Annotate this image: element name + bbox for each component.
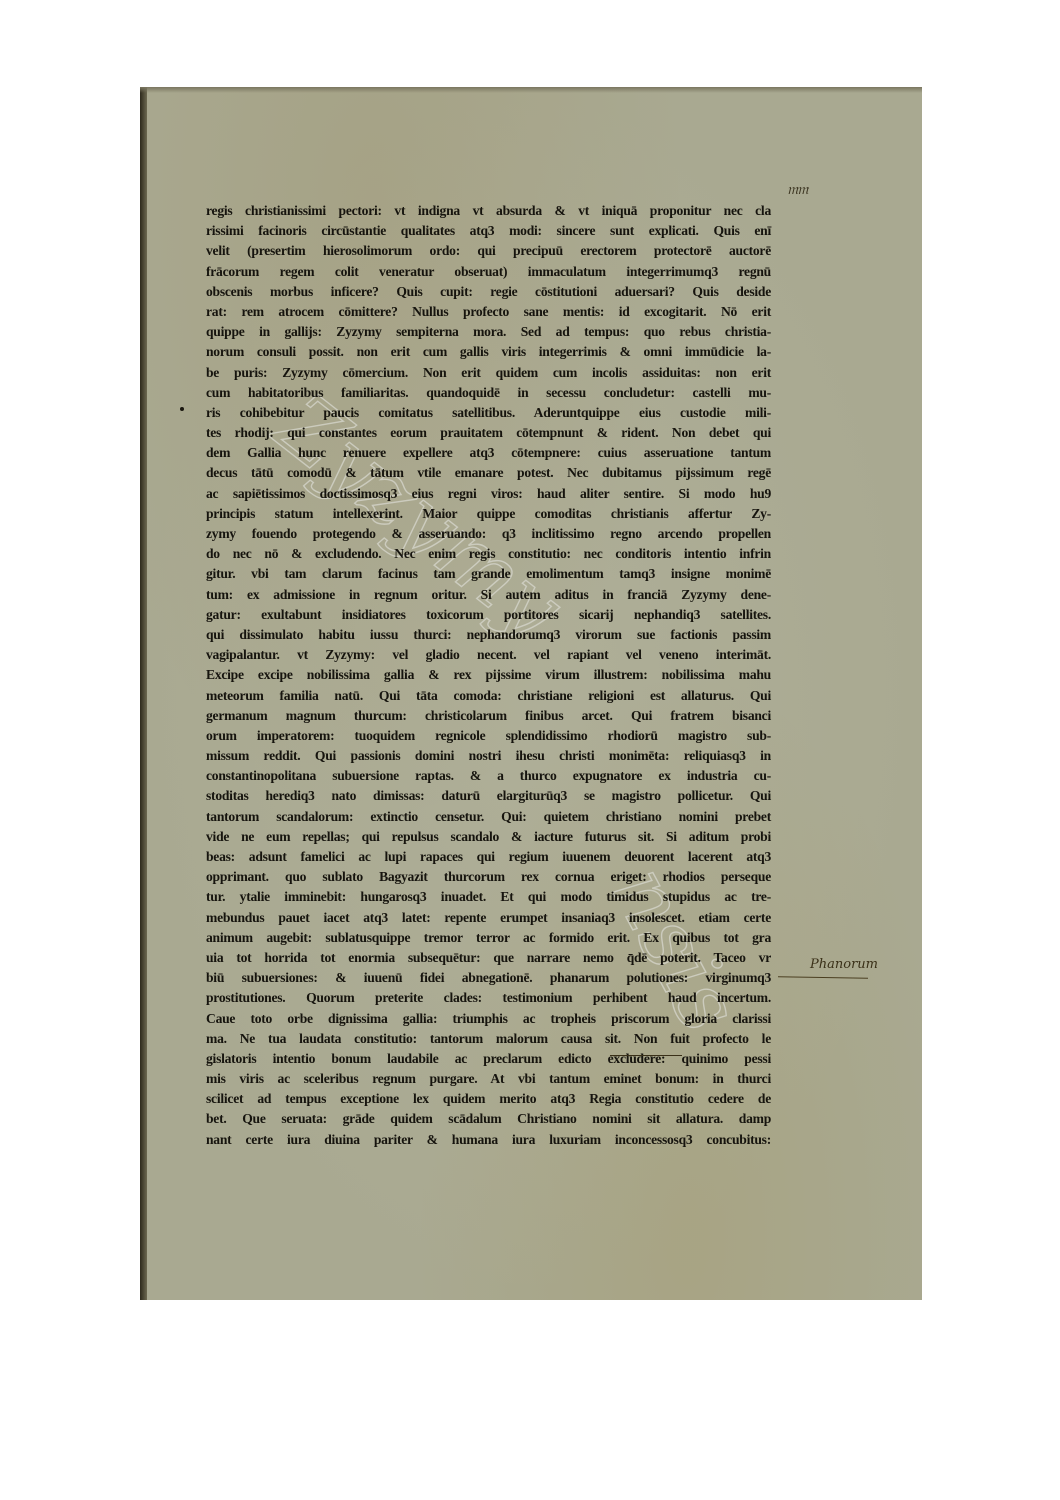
text-line: regis christianissimi pectori: vt indign… xyxy=(206,201,771,221)
text-line: meteorum familia natū. Qui tāta comoda: … xyxy=(206,686,771,706)
text-line: rissimi facinoris circūstantie qualitate… xyxy=(206,221,771,241)
text-line: ac sapiētissimos doctissimosq3 eius regn… xyxy=(206,484,771,504)
text-line: prostitutiones. Quorum preterite clades:… xyxy=(206,988,771,1008)
text-line: constantinopolitana subuersione raptas. … xyxy=(206,766,771,786)
text-line: do nec nō & excludendo. Nec enim regis c… xyxy=(206,544,771,564)
text-line: orum imperatorem: tuoquidem regnicole sp… xyxy=(206,726,771,746)
text-line: ris cohibebitur paucis comitatus satelli… xyxy=(206,403,771,423)
page-binding-edge xyxy=(140,87,147,1300)
text-line: dem Gallia hunc renuere expellere atq3 c… xyxy=(206,443,771,463)
folio-mark: 𝔪𝔪 xyxy=(787,180,808,198)
text-line: animum augebit: sublatusquippe tremor te… xyxy=(206,928,771,948)
text-line: frācorum regem colit veneratur obseruat)… xyxy=(206,262,771,282)
text-line: obscenis morbus inficere? Quis cupit: re… xyxy=(206,282,771,302)
text-line: missum reddit. Qui passionis domini nost… xyxy=(206,746,771,766)
text-line: principis statum intellexerint. Maior qu… xyxy=(206,504,771,524)
margin-annotation: Phanorum xyxy=(810,957,878,972)
text-line: quippe in gallijs: Zyzymy sempiterna mor… xyxy=(206,322,771,342)
text-line: qui dissimulato habitu iussu thurci: nep… xyxy=(206,625,771,645)
text-line: vagipalantur. vt Zyzymy: vel gladio nece… xyxy=(206,645,771,665)
text-column: regis christianissimi pectori: vt indign… xyxy=(206,201,771,1150)
text-line: rat: rem atrocem cōmittere? Nullus profe… xyxy=(206,302,771,322)
text-line: stoditas herediq3 nato dimissas: daturū … xyxy=(206,786,771,806)
text-line: uia tot horrida tot enormia subsequētur:… xyxy=(206,948,771,968)
text-line: beas: adsunt famelici ac lupi rapaces qu… xyxy=(206,847,771,867)
underline-phanarum xyxy=(610,1055,682,1056)
margin-annotation-rule xyxy=(778,976,868,979)
margin-dot xyxy=(180,407,184,411)
text-line: be puris: Zyzymy cōmercium. Non erit qui… xyxy=(206,363,771,383)
text-line: gitur. vbi tam clarum facinus tam grande… xyxy=(206,564,771,584)
text-line: gatur: exultabunt insidiatores toxicorum… xyxy=(206,605,771,625)
manuscript-page: 𝔪𝔪 Zyzymy nsis regis christianissimi pec… xyxy=(140,87,922,1300)
text-line: scilicet ad tempus exceptione lex quidem… xyxy=(206,1089,771,1109)
text-line: zymy fouendo protegendo & asseruando: q3… xyxy=(206,524,771,544)
text-line: tur. ytalie imminebit: hungarosq3 inuade… xyxy=(206,887,771,907)
text-line: nant certe iura diuina pariter & humana … xyxy=(206,1130,771,1150)
text-line: mis viris ac sceleribus regnum purgare. … xyxy=(206,1069,771,1089)
text-line: germanum magnum thurcum: christicolarum … xyxy=(206,706,771,726)
text-line: decus tātū comodū & tātum vtile emanare … xyxy=(206,463,771,483)
text-line: gislatoris intentio bonum laudabile ac p… xyxy=(206,1049,771,1069)
text-line: bet. Que seruata: grāde quidem scādalum … xyxy=(206,1109,771,1129)
text-line: ma. Ne tua laudata constitutio: tantorum… xyxy=(206,1029,771,1049)
text-line: velit (presertim hierosolimorum ordo: qu… xyxy=(206,241,771,261)
text-line: biū subuersiones: & iuuenū fidei abnegat… xyxy=(206,968,771,988)
page-top-edge xyxy=(140,87,922,93)
text-line: tantorum scandalorum: extinctio censetur… xyxy=(206,807,771,827)
text-line: norum consuli possit. non erit cum galli… xyxy=(206,342,771,362)
text-line: tum: ex admissione in regnum oritur. Si … xyxy=(206,585,771,605)
text-line: Caue toto orbe dignissima gallia: triump… xyxy=(206,1009,771,1029)
text-line: mebundus pauet iacet atq3 latet: repente… xyxy=(206,908,771,928)
text-line: cum habitatoribus familiaritas. quandoqu… xyxy=(206,383,771,403)
text-line: Excipe excipe nobilissima gallia & rex p… xyxy=(206,665,771,685)
text-line: opprimant. quo sublato Bagyazit thurcoru… xyxy=(206,867,771,887)
text-line: tes rhodij: qui constantes eorum prauita… xyxy=(206,423,771,443)
text-line: vide ne eum repellas; qui repulsus scand… xyxy=(206,827,771,847)
